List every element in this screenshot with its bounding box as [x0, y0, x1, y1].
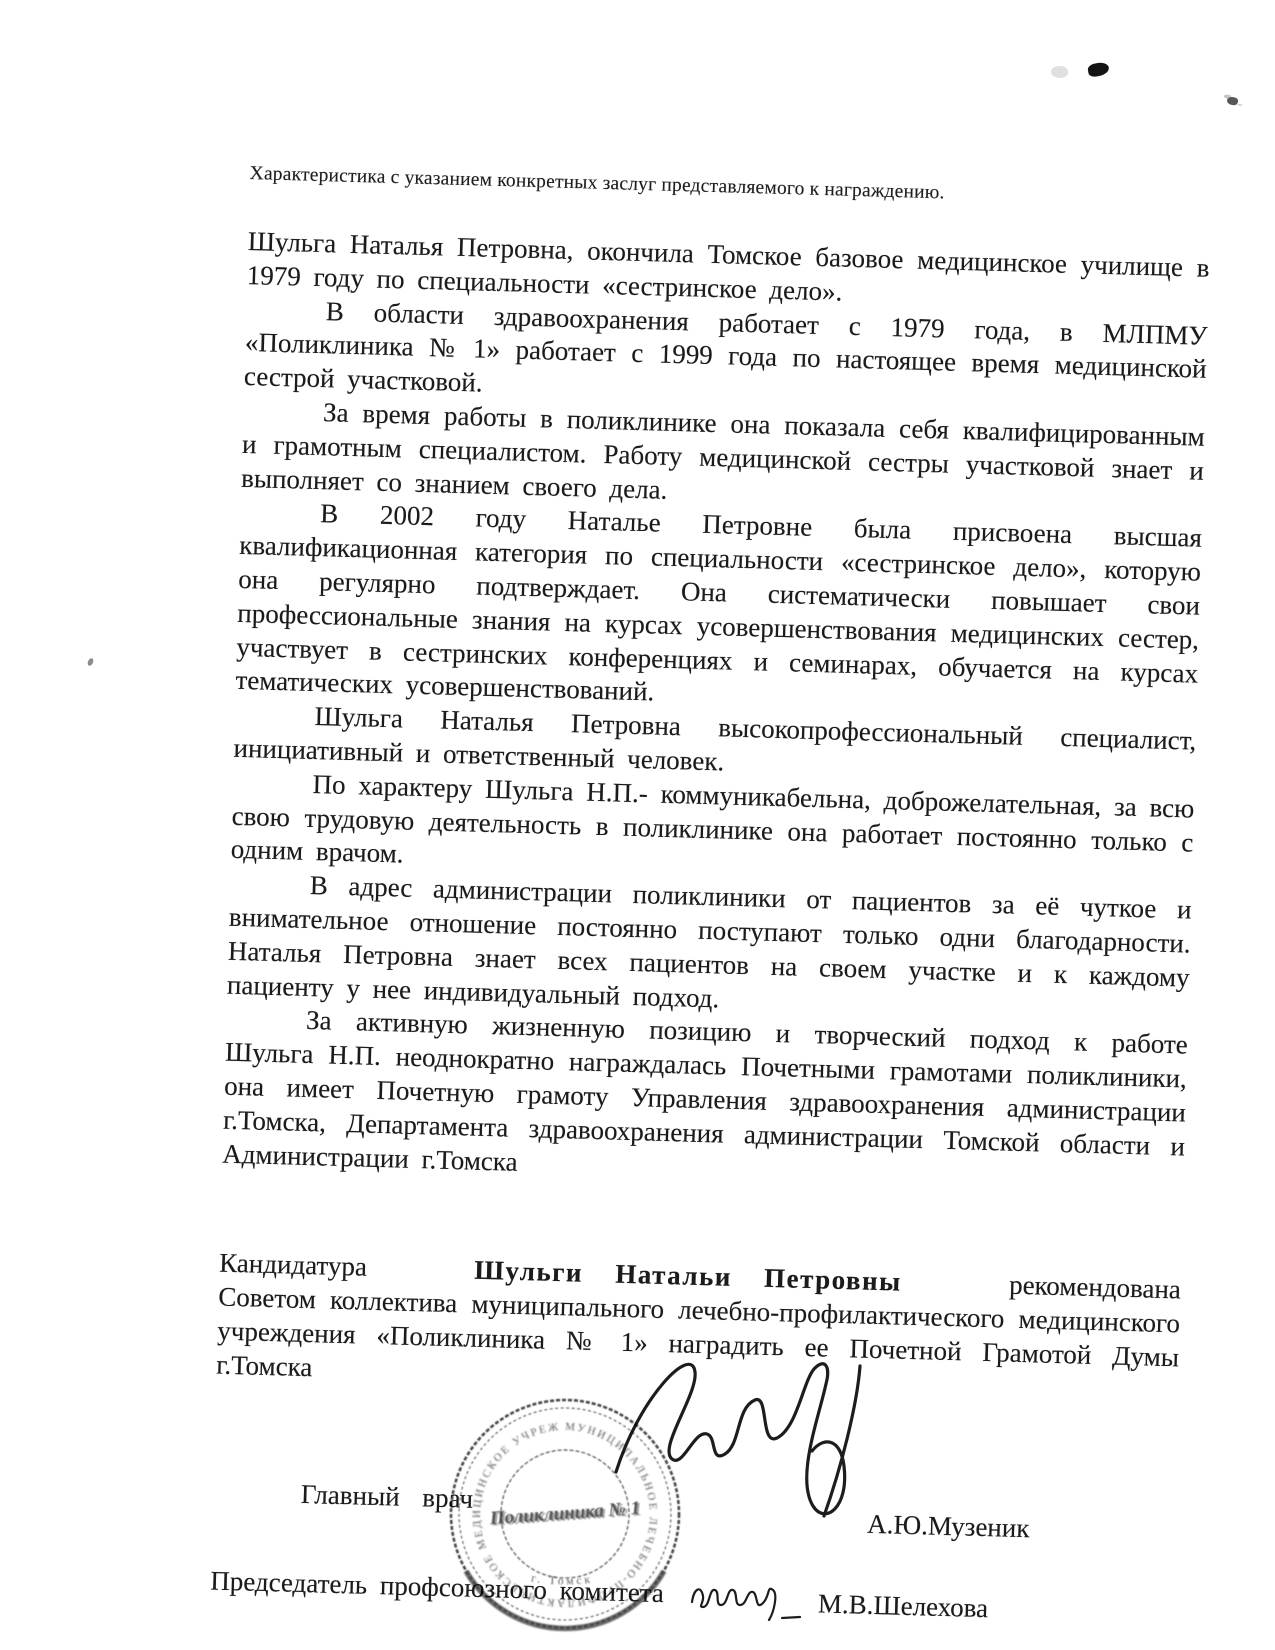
- document-body: Шульга Наталья Петровна, окончила Томско…: [216, 225, 1210, 1409]
- chief-doctor-signature-scribble: [598, 1338, 918, 1538]
- stamp-city-text: г. Томск: [530, 1572, 593, 1587]
- paragraph-qualification: В 2002 году Наталье Петровне была присво…: [235, 495, 1202, 725]
- scanned-document-page: Характеристика с указанием конкретных за…: [0, 0, 1275, 1650]
- spacer: [924, 1292, 986, 1294]
- scan-speck-blob: [1087, 61, 1110, 77]
- scan-speck-small: [1226, 96, 1239, 106]
- recommendation-prefix: Кандидатура: [219, 1248, 368, 1282]
- scan-speck-left-margin: [87, 657, 95, 666]
- union-signature-scribble: [684, 1566, 834, 1628]
- spacer: [389, 1277, 451, 1279]
- union-committee-name: М.В.Шелехова: [818, 1588, 989, 1624]
- scan-speck-ghost: [1051, 66, 1068, 78]
- document-header-line: Характеристика с указанием конкретных за…: [249, 163, 1211, 212]
- paragraph-awards: За активную жизненную позицию и творческ…: [222, 1002, 1188, 1198]
- paragraph-patients: В адрес администрации поликлиники от пац…: [227, 867, 1192, 1029]
